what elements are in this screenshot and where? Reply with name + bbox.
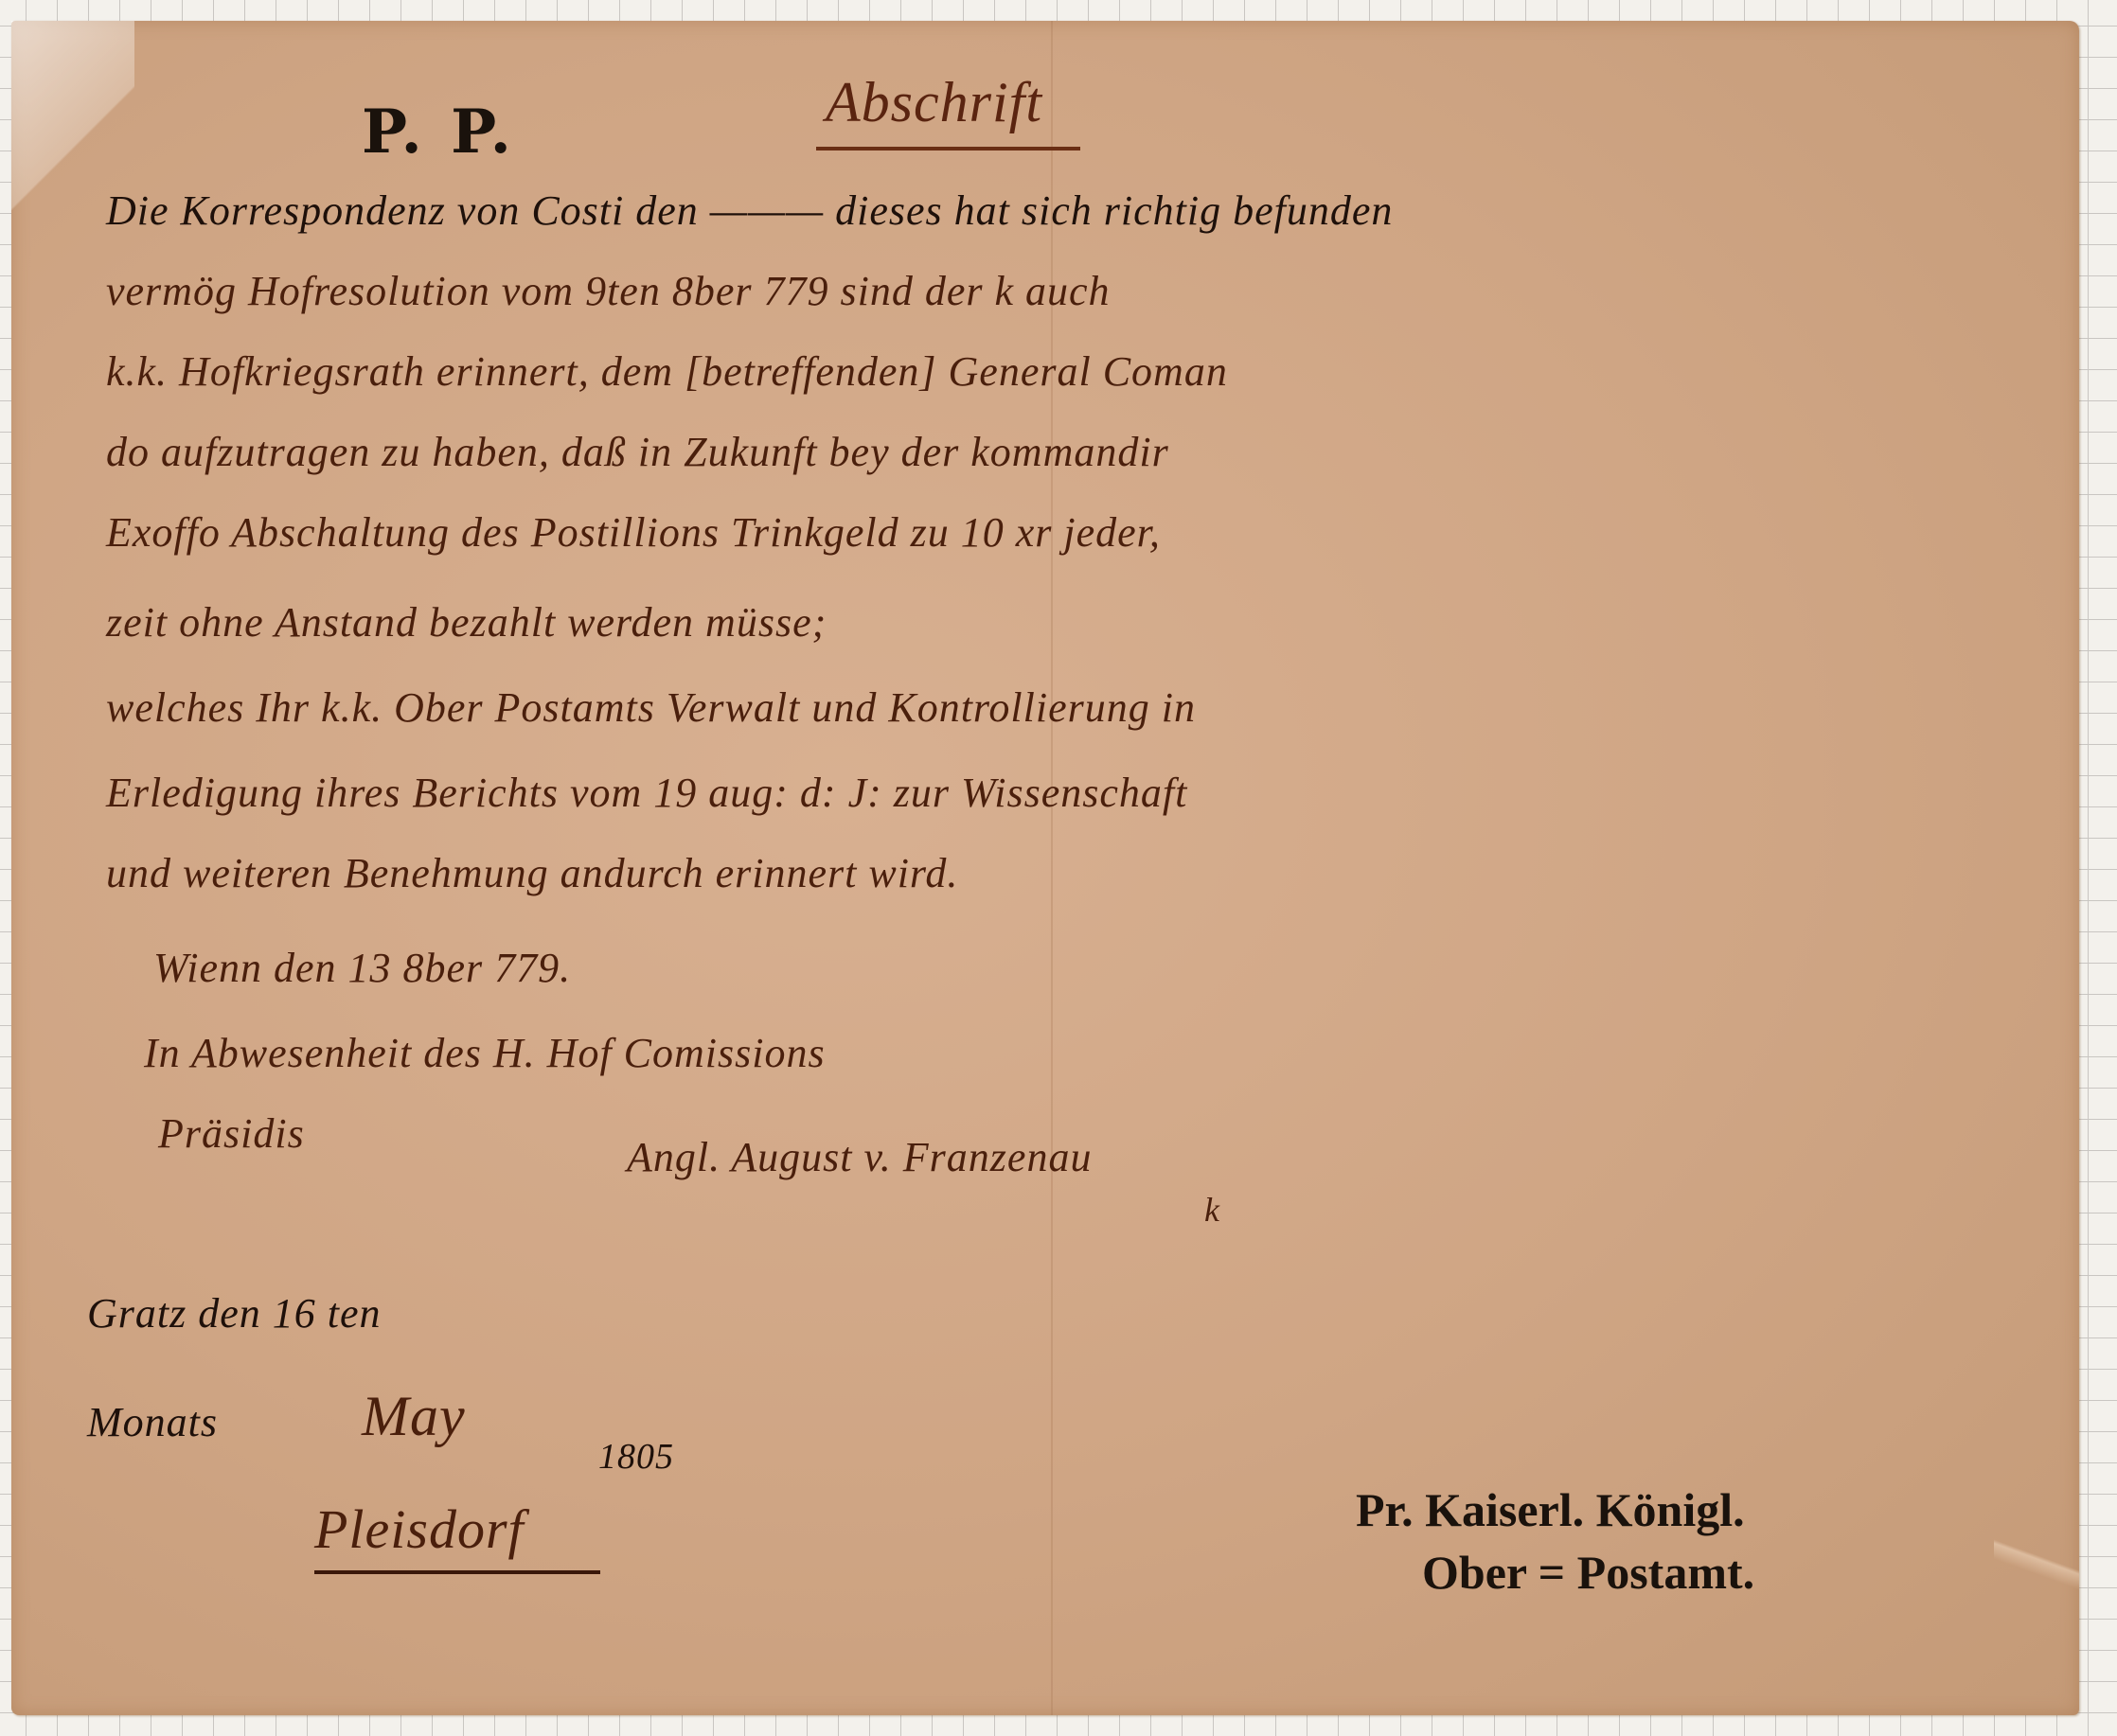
body-line-praesidis: Präsidis bbox=[158, 1109, 305, 1158]
dateline-place-day: Gratz den 16 ten bbox=[87, 1289, 382, 1337]
body-line-6: zeit ohne Anstand bezahlt werden müsse; bbox=[106, 598, 827, 647]
dateline-month: May bbox=[362, 1384, 466, 1449]
stamp-line-2: Ober = Postamt. bbox=[1356, 1541, 1754, 1603]
post-office-stamp: Pr. Kaiserl. Königl. Ober = Postamt. bbox=[1356, 1479, 1754, 1603]
handwritten-title: Abschrift bbox=[816, 70, 1080, 151]
body-line-8: Erledigung ihres Berichts vom 19 aug: d:… bbox=[106, 769, 1187, 817]
corner-crease bbox=[1994, 1355, 2079, 1715]
body-line-absence: In Abwesenheit des H. Hof Comissions bbox=[144, 1029, 826, 1077]
printed-salutation: P. P. bbox=[362, 97, 515, 168]
body-line-date: Wienn den 13 8ber 779. bbox=[153, 944, 571, 992]
body-line-3: k.k. Hofkriegsrath erinnert, dem [betref… bbox=[106, 347, 1228, 396]
body-line-2: vermög Hofresolution vom 9ten 8ber 779 s… bbox=[106, 267, 1111, 315]
stamp-line-1: Pr. Kaiserl. Königl. bbox=[1356, 1479, 1754, 1541]
dateline-year: 1805 bbox=[598, 1436, 674, 1478]
body-line-1: Die Korrespondenz von Costi den ——— dies… bbox=[106, 186, 1393, 235]
body-line-7: welches Ihr k.k. Ober Postamts Verwalt u… bbox=[106, 683, 1196, 732]
dateline-signature: Pleisdorf bbox=[314, 1497, 600, 1574]
tape-corner bbox=[11, 21, 134, 210]
signature-franzenau: Angl. August v. Franzenau bbox=[627, 1133, 1092, 1181]
signature-mark: k bbox=[1204, 1190, 1220, 1230]
body-line-5: Exoffo Abschaltung des Postillions Trink… bbox=[106, 508, 1161, 557]
body-line-4: do aufzutragen zu haben, daß in Zukunft … bbox=[106, 428, 1169, 476]
body-line-9: und weiteren Benehmung andurch erinnert … bbox=[106, 849, 958, 897]
document-sheet: P. P. Abschrift Die Korrespondenz von Co… bbox=[11, 21, 2079, 1715]
dateline-month-label: Monats bbox=[87, 1398, 218, 1446]
